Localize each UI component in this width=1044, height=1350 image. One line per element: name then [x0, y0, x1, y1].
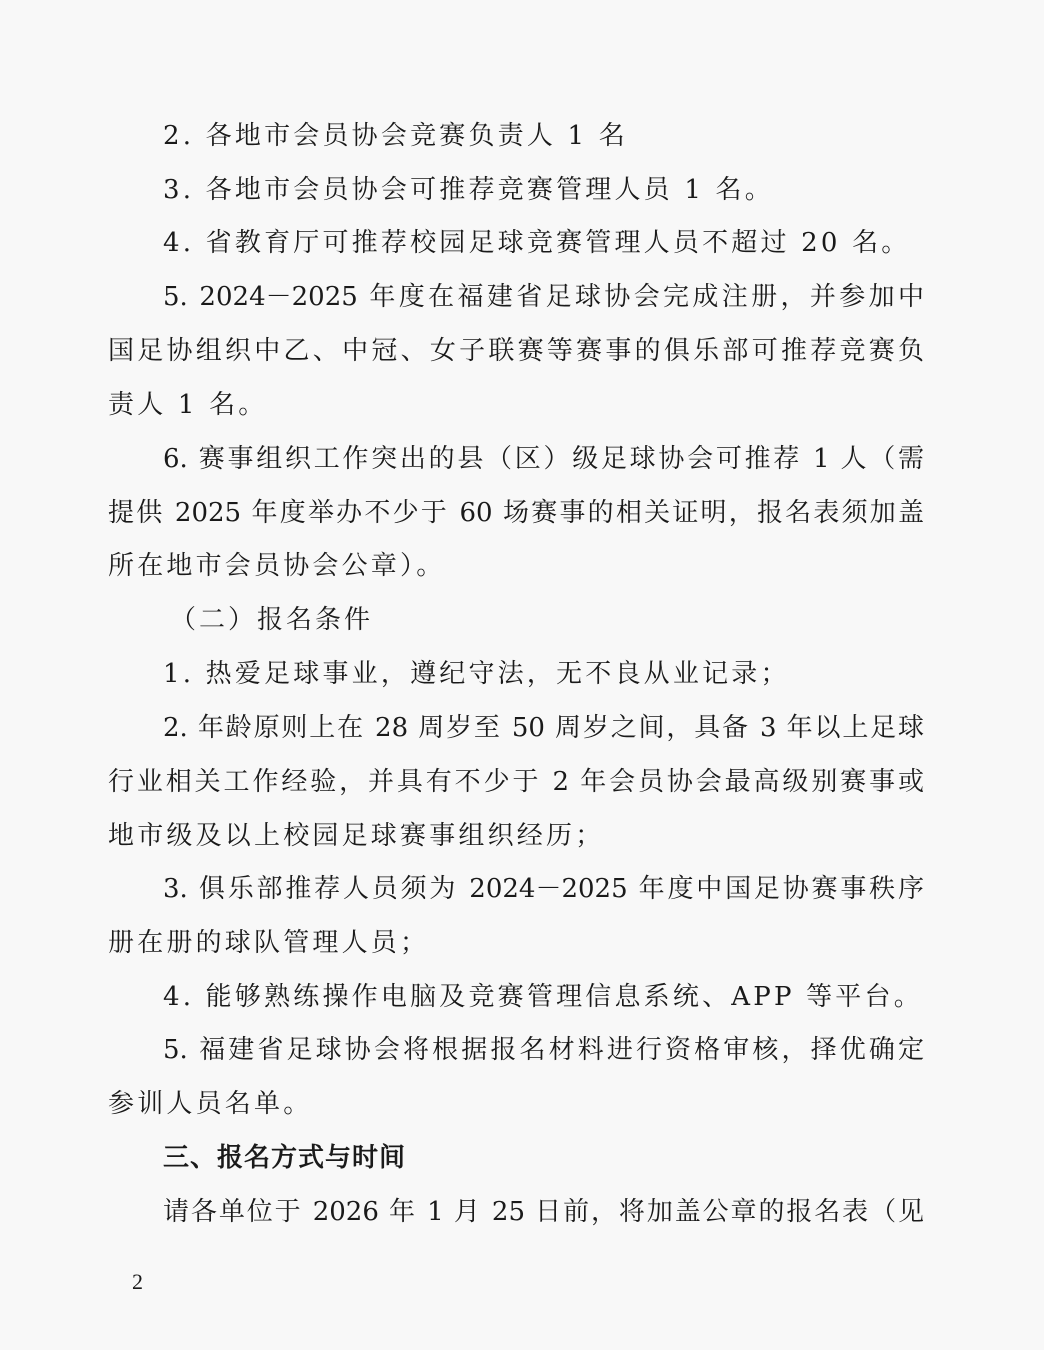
page-number: 2 — [132, 1266, 143, 1298]
document-page: 2. 各地市会员协会竞赛负责人 1 名 3. 各地市会员协会可推荐竞赛管理人员 … — [0, 0, 1044, 1350]
requirement-item-2-line2: 行业相关工作经验，并具有不少于 2 年会员协会最高级别赛事或 — [108, 762, 924, 802]
requirement-item-5-line2: 参训人员名单。 — [108, 1084, 924, 1124]
list-item-2-competition-lead: 2. 各地市会员协会竞赛负责人 1 名 — [163, 116, 924, 156]
requirement-item-2-line1: 2. 年龄原则上在 28 周岁至 50 周岁之间，具备 3 年以上足球 — [163, 708, 924, 748]
list-item-4-education-dept: 4. 省教育厅可推荐校园足球竞赛管理人员不超过 20 名。 — [163, 223, 924, 263]
list-item-5-clubs-line1: 5. 2024－2025 年度在福建省足球协会完成注册，并参加中 — [163, 277, 924, 317]
requirement-item-3-line1: 3. 俱乐部推荐人员须为 2024－2025 年度中国足协赛事秩序 — [163, 869, 924, 909]
section-heading-requirements: （二）报名条件 — [170, 600, 986, 640]
list-item-6-county-line1: 6. 赛事组织工作突出的县（区）级足球协会可推荐 1 人（需 — [163, 439, 924, 479]
list-item-3-competition-manager: 3. 各地市会员协会可推荐竞赛管理人员 1 名。 — [163, 170, 924, 210]
list-item-5-clubs-line3: 责人 1 名。 — [108, 385, 924, 425]
requirement-item-3-line2: 册在册的球队管理人员； — [108, 923, 924, 963]
registration-paragraph-line1: 请各单位于 2026 年 1 月 25 日前，将加盖公章的报名表（见 — [163, 1192, 924, 1232]
section-heading-registration-method: 三、报名方式与时间 — [163, 1138, 924, 1178]
requirement-item-1: 1. 热爱足球事业，遵纪守法，无不良从业记录； — [163, 654, 924, 694]
list-item-6-county-line3: 所在地市会员协会公章）。 — [108, 546, 924, 586]
list-item-6-county-line2: 提供 2025 年度举办不少于 60 场赛事的相关证明，报名表须加盖 — [108, 493, 924, 533]
requirement-item-4: 4. 能够熟练操作电脑及竞赛管理信息系统、APP 等平台。 — [163, 977, 924, 1017]
requirement-item-2-line3: 地市级及以上校园足球赛事组织经历； — [108, 816, 924, 856]
list-item-5-clubs-line2: 国足协组织中乙、中冠、女子联赛等赛事的俱乐部可推荐竞赛负 — [108, 331, 924, 371]
requirement-item-5-line1: 5. 福建省足球协会将根据报名材料进行资格审核，择优确定 — [163, 1030, 924, 1070]
